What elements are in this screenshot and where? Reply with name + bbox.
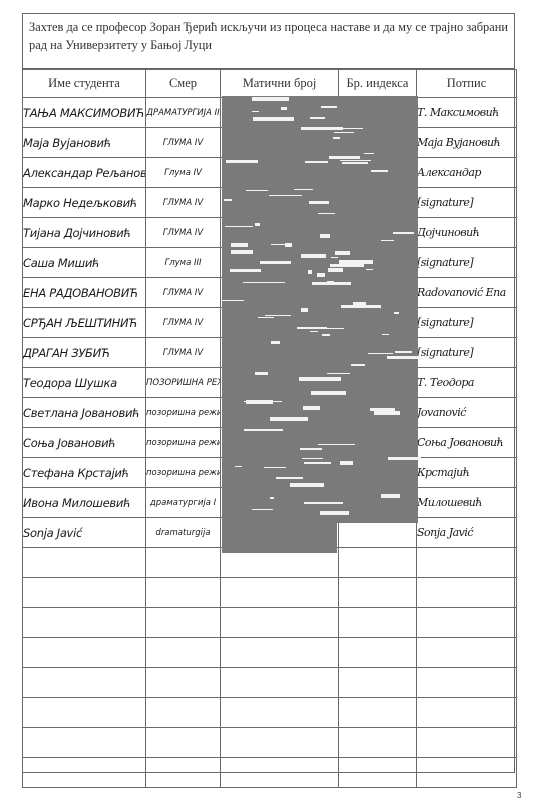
- redaction-artifact: [381, 240, 394, 241]
- cell-student-name: Александар Рељановић: [23, 158, 146, 188]
- empty-cell: [339, 698, 417, 728]
- redaction-block-tail: [222, 523, 337, 553]
- cell-study-program: Глума IV: [146, 158, 221, 188]
- empty-cell: [221, 578, 339, 608]
- cell-student-name: ТАЊА МАКСИМОВИЋ: [23, 98, 146, 128]
- redaction-artifact: [309, 201, 329, 204]
- page-number: 3: [517, 791, 521, 800]
- cell-study-program: ГЛУМА IV: [146, 278, 221, 308]
- empty-cell: [221, 698, 339, 728]
- empty-cell: [339, 638, 417, 668]
- empty-cell: [23, 548, 146, 578]
- redaction-artifact: [246, 190, 268, 191]
- redaction-artifact: [351, 364, 365, 366]
- redaction-artifact: [294, 189, 313, 190]
- empty-cell: [146, 698, 221, 728]
- redaction-artifact: [299, 377, 341, 381]
- redaction-artifact: [265, 315, 291, 316]
- cell-signature: [signature]: [417, 248, 517, 278]
- empty-cell: [146, 578, 221, 608]
- empty-cell: [146, 548, 221, 578]
- cell-student-name: ЕНА РАДОВАНОВИЋ: [23, 278, 146, 308]
- cell-signature: [signature]: [417, 338, 517, 368]
- redaction-artifact: [226, 160, 258, 163]
- empty-cell: [221, 758, 339, 788]
- redaction-artifact: [310, 331, 318, 332]
- redaction-artifact: [318, 213, 335, 214]
- empty-cell: [339, 758, 417, 788]
- redaction-artifact: [243, 282, 285, 283]
- redaction-artifact: [334, 132, 354, 133]
- redaction-artifact: [304, 502, 343, 504]
- cell-signature: Крстајић: [417, 458, 517, 488]
- redaction-artifact: [253, 117, 294, 121]
- redaction-artifact: [300, 448, 322, 450]
- redaction-artifact: [252, 111, 259, 112]
- redaction-artifact: [281, 107, 287, 110]
- cell-signature: Александар: [417, 158, 517, 188]
- redaction-artifact: [310, 117, 325, 119]
- redaction-artifact: [270, 497, 274, 499]
- empty-cell: [221, 608, 339, 638]
- empty-cell: [417, 668, 517, 698]
- cell-signature: Маја Вујановић: [417, 128, 517, 158]
- redaction-artifact: [371, 170, 388, 172]
- redaction-artifact: [340, 461, 353, 465]
- empty-cell: [339, 608, 417, 638]
- cell-student-name: Sonja Javić: [23, 518, 146, 548]
- header-study-program: Смер: [146, 70, 221, 98]
- empty-cell: [23, 668, 146, 698]
- redaction-artifact: [255, 372, 268, 375]
- redaction-artifact: [395, 351, 412, 353]
- cell-student-name: Теодора Шушка: [23, 368, 146, 398]
- redaction-artifact: [231, 250, 253, 254]
- empty-cell: [146, 758, 221, 788]
- cell-student-name: Саша Мишић: [23, 248, 146, 278]
- redaction-artifact: [270, 417, 308, 421]
- redaction-artifact: [366, 269, 373, 270]
- cell-student-name: Стефана Крстајић: [23, 458, 146, 488]
- redaction-artifact: [340, 128, 363, 129]
- cell-study-program: ПОЗОРИШНА РЕЖИЈА: [146, 368, 221, 398]
- redaction-artifact: [301, 308, 308, 312]
- redaction-artifact: [341, 305, 381, 308]
- empty-cell: [146, 668, 221, 698]
- redaction-artifact: [353, 302, 366, 305]
- redaction-artifact: [308, 270, 312, 274]
- redaction-artifact: [246, 400, 273, 404]
- redaction-artifact: [328, 268, 343, 272]
- cell-study-program: ГЛУМА IV: [146, 128, 221, 158]
- redaction-artifact: [260, 261, 291, 264]
- empty-cell: [23, 638, 146, 668]
- cell-student-name: Маја Вујановић: [23, 128, 146, 158]
- redaction-artifact: [224, 199, 232, 201]
- redaction-artifact: [374, 411, 400, 415]
- cell-study-program: позоришна режија: [146, 458, 221, 488]
- redaction-artifact: [230, 269, 261, 272]
- cell-signature: Radovanović Ena: [417, 278, 517, 308]
- redaction-artifact: [311, 391, 346, 395]
- redaction-artifact: [271, 341, 280, 344]
- cell-signature: Т. Теодора: [417, 368, 517, 398]
- empty-cell: [417, 638, 517, 668]
- redaction-artifact: [382, 334, 389, 335]
- redaction-artifact: [368, 353, 393, 354]
- cell-student-name: ДРАГАН ЗУБИЋ: [23, 338, 146, 368]
- redaction-artifact: [320, 511, 349, 515]
- redaction-artifact: [317, 273, 325, 277]
- empty-cell: [23, 698, 146, 728]
- redaction-artifact: [304, 328, 344, 329]
- empty-cell: [221, 638, 339, 668]
- empty-cell: [417, 698, 517, 728]
- cell-student-name: Светлана Јовановић: [23, 398, 146, 428]
- cell-study-program: ГЛУМА IV: [146, 308, 221, 338]
- redaction-artifact: [322, 334, 330, 336]
- redaction-artifact: [393, 232, 414, 234]
- table-header-row: Име студента Смер Матични број Бр. индек…: [23, 70, 517, 98]
- cell-student-name: СРЂАН ЉЕШТИНИЋ: [23, 308, 146, 338]
- redaction-block: [222, 96, 418, 523]
- empty-cell: [417, 608, 517, 638]
- cell-signature: Sonja Javić: [417, 518, 517, 548]
- cell-signature: Соња Јовановић: [417, 428, 517, 458]
- empty-cell: [417, 548, 517, 578]
- empty-cell: [339, 548, 417, 578]
- petition-title: Захтев да се професор Зоран Ђерић искључ…: [23, 14, 514, 69]
- empty-table-row: [23, 668, 517, 698]
- redaction-artifact: [252, 509, 273, 510]
- redaction-artifact: [276, 477, 303, 479]
- redaction-artifact: [252, 97, 289, 101]
- redaction-artifact: [394, 312, 399, 314]
- cell-study-program: ГЛУМА IV: [146, 218, 221, 248]
- empty-cell: [23, 728, 146, 758]
- header-student-name: Име студента: [23, 70, 146, 98]
- redaction-artifact: [290, 483, 324, 487]
- redaction-artifact: [388, 457, 421, 460]
- empty-cell: [146, 728, 221, 758]
- redaction-artifact: [330, 264, 364, 267]
- cell-study-program: драматургија I: [146, 488, 221, 518]
- cell-signature: Jovanović: [417, 398, 517, 428]
- cell-signature: [signature]: [417, 308, 517, 338]
- redaction-artifact: [269, 195, 302, 196]
- cell-study-program: ГЛУМА IV: [146, 338, 221, 368]
- empty-cell: [23, 608, 146, 638]
- redaction-artifact: [244, 429, 283, 431]
- redaction-artifact: [225, 226, 253, 227]
- empty-cell: [417, 578, 517, 608]
- empty-cell: [339, 578, 417, 608]
- redaction-artifact: [331, 257, 338, 258]
- empty-cell: [221, 668, 339, 698]
- redaction-artifact: [255, 223, 260, 226]
- redaction-artifact: [222, 300, 244, 301]
- empty-table-row: [23, 638, 517, 668]
- redaction-artifact: [364, 153, 374, 154]
- cell-signature: Т. Максимовић: [417, 98, 517, 128]
- cell-signature: Милошевић: [417, 488, 517, 518]
- cell-study-program: ДРАМАТУРГИЈА II: [146, 98, 221, 128]
- empty-table-row: [23, 758, 517, 788]
- empty-cell: [23, 578, 146, 608]
- redaction-artifact: [342, 162, 368, 164]
- empty-cell: [417, 728, 517, 758]
- redaction-artifact: [303, 406, 320, 410]
- redaction-artifact: [321, 106, 337, 108]
- empty-cell: [221, 728, 339, 758]
- empty-table-row: [23, 578, 517, 608]
- redaction-artifact: [320, 234, 330, 238]
- cell-student-name: Тијана Дојчиновић: [23, 218, 146, 248]
- redaction-artifact: [339, 260, 373, 264]
- cell-signature: Дојчиновић: [417, 218, 517, 248]
- redaction-artifact: [304, 462, 331, 464]
- redaction-artifact: [333, 137, 340, 139]
- redaction-artifact: [318, 444, 355, 445]
- redaction-artifact: [329, 156, 360, 159]
- header-index-number: Бр. индекса: [339, 70, 417, 98]
- empty-table-row: [23, 608, 517, 638]
- redaction-artifact: [381, 494, 400, 498]
- empty-table-row: [23, 728, 517, 758]
- redaction-artifact: [301, 254, 326, 258]
- cell-study-program: позоришна режија: [146, 428, 221, 458]
- empty-cell: [417, 758, 517, 788]
- redaction-artifact: [301, 127, 343, 130]
- empty-cell: [146, 638, 221, 668]
- redaction-artifact: [271, 244, 287, 245]
- redaction-artifact: [312, 282, 351, 285]
- cell-study-program: dramaturgija: [146, 518, 221, 548]
- header-personal-id: Матични број: [221, 70, 339, 98]
- redaction-artifact: [327, 373, 350, 374]
- cell-student-name: Соња Јовановић: [23, 428, 146, 458]
- header-signature: Потпис: [417, 70, 517, 98]
- redaction-artifact: [340, 160, 371, 161]
- redaction-artifact: [305, 161, 328, 163]
- empty-cell: [339, 728, 417, 758]
- empty-table-row: [23, 698, 517, 728]
- cell-signature: [signature]: [417, 188, 517, 218]
- cell-study-program: ГЛУМА IV: [146, 188, 221, 218]
- redaction-artifact: [264, 467, 286, 468]
- empty-cell: [146, 608, 221, 638]
- empty-cell: [339, 668, 417, 698]
- cell-student-name: Марко Недељковић: [23, 188, 146, 218]
- cell-study-program: Глума III: [146, 248, 221, 278]
- empty-cell: [23, 758, 146, 788]
- redaction-artifact: [235, 466, 242, 467]
- redaction-artifact: [258, 317, 274, 318]
- redaction-artifact: [302, 458, 323, 459]
- redaction-artifact: [387, 356, 422, 359]
- cell-study-program: позоришна режија: [146, 398, 221, 428]
- cell-student-name: Ивона Милошевић: [23, 488, 146, 518]
- redaction-artifact: [231, 243, 248, 247]
- redaction-artifact: [335, 251, 350, 255]
